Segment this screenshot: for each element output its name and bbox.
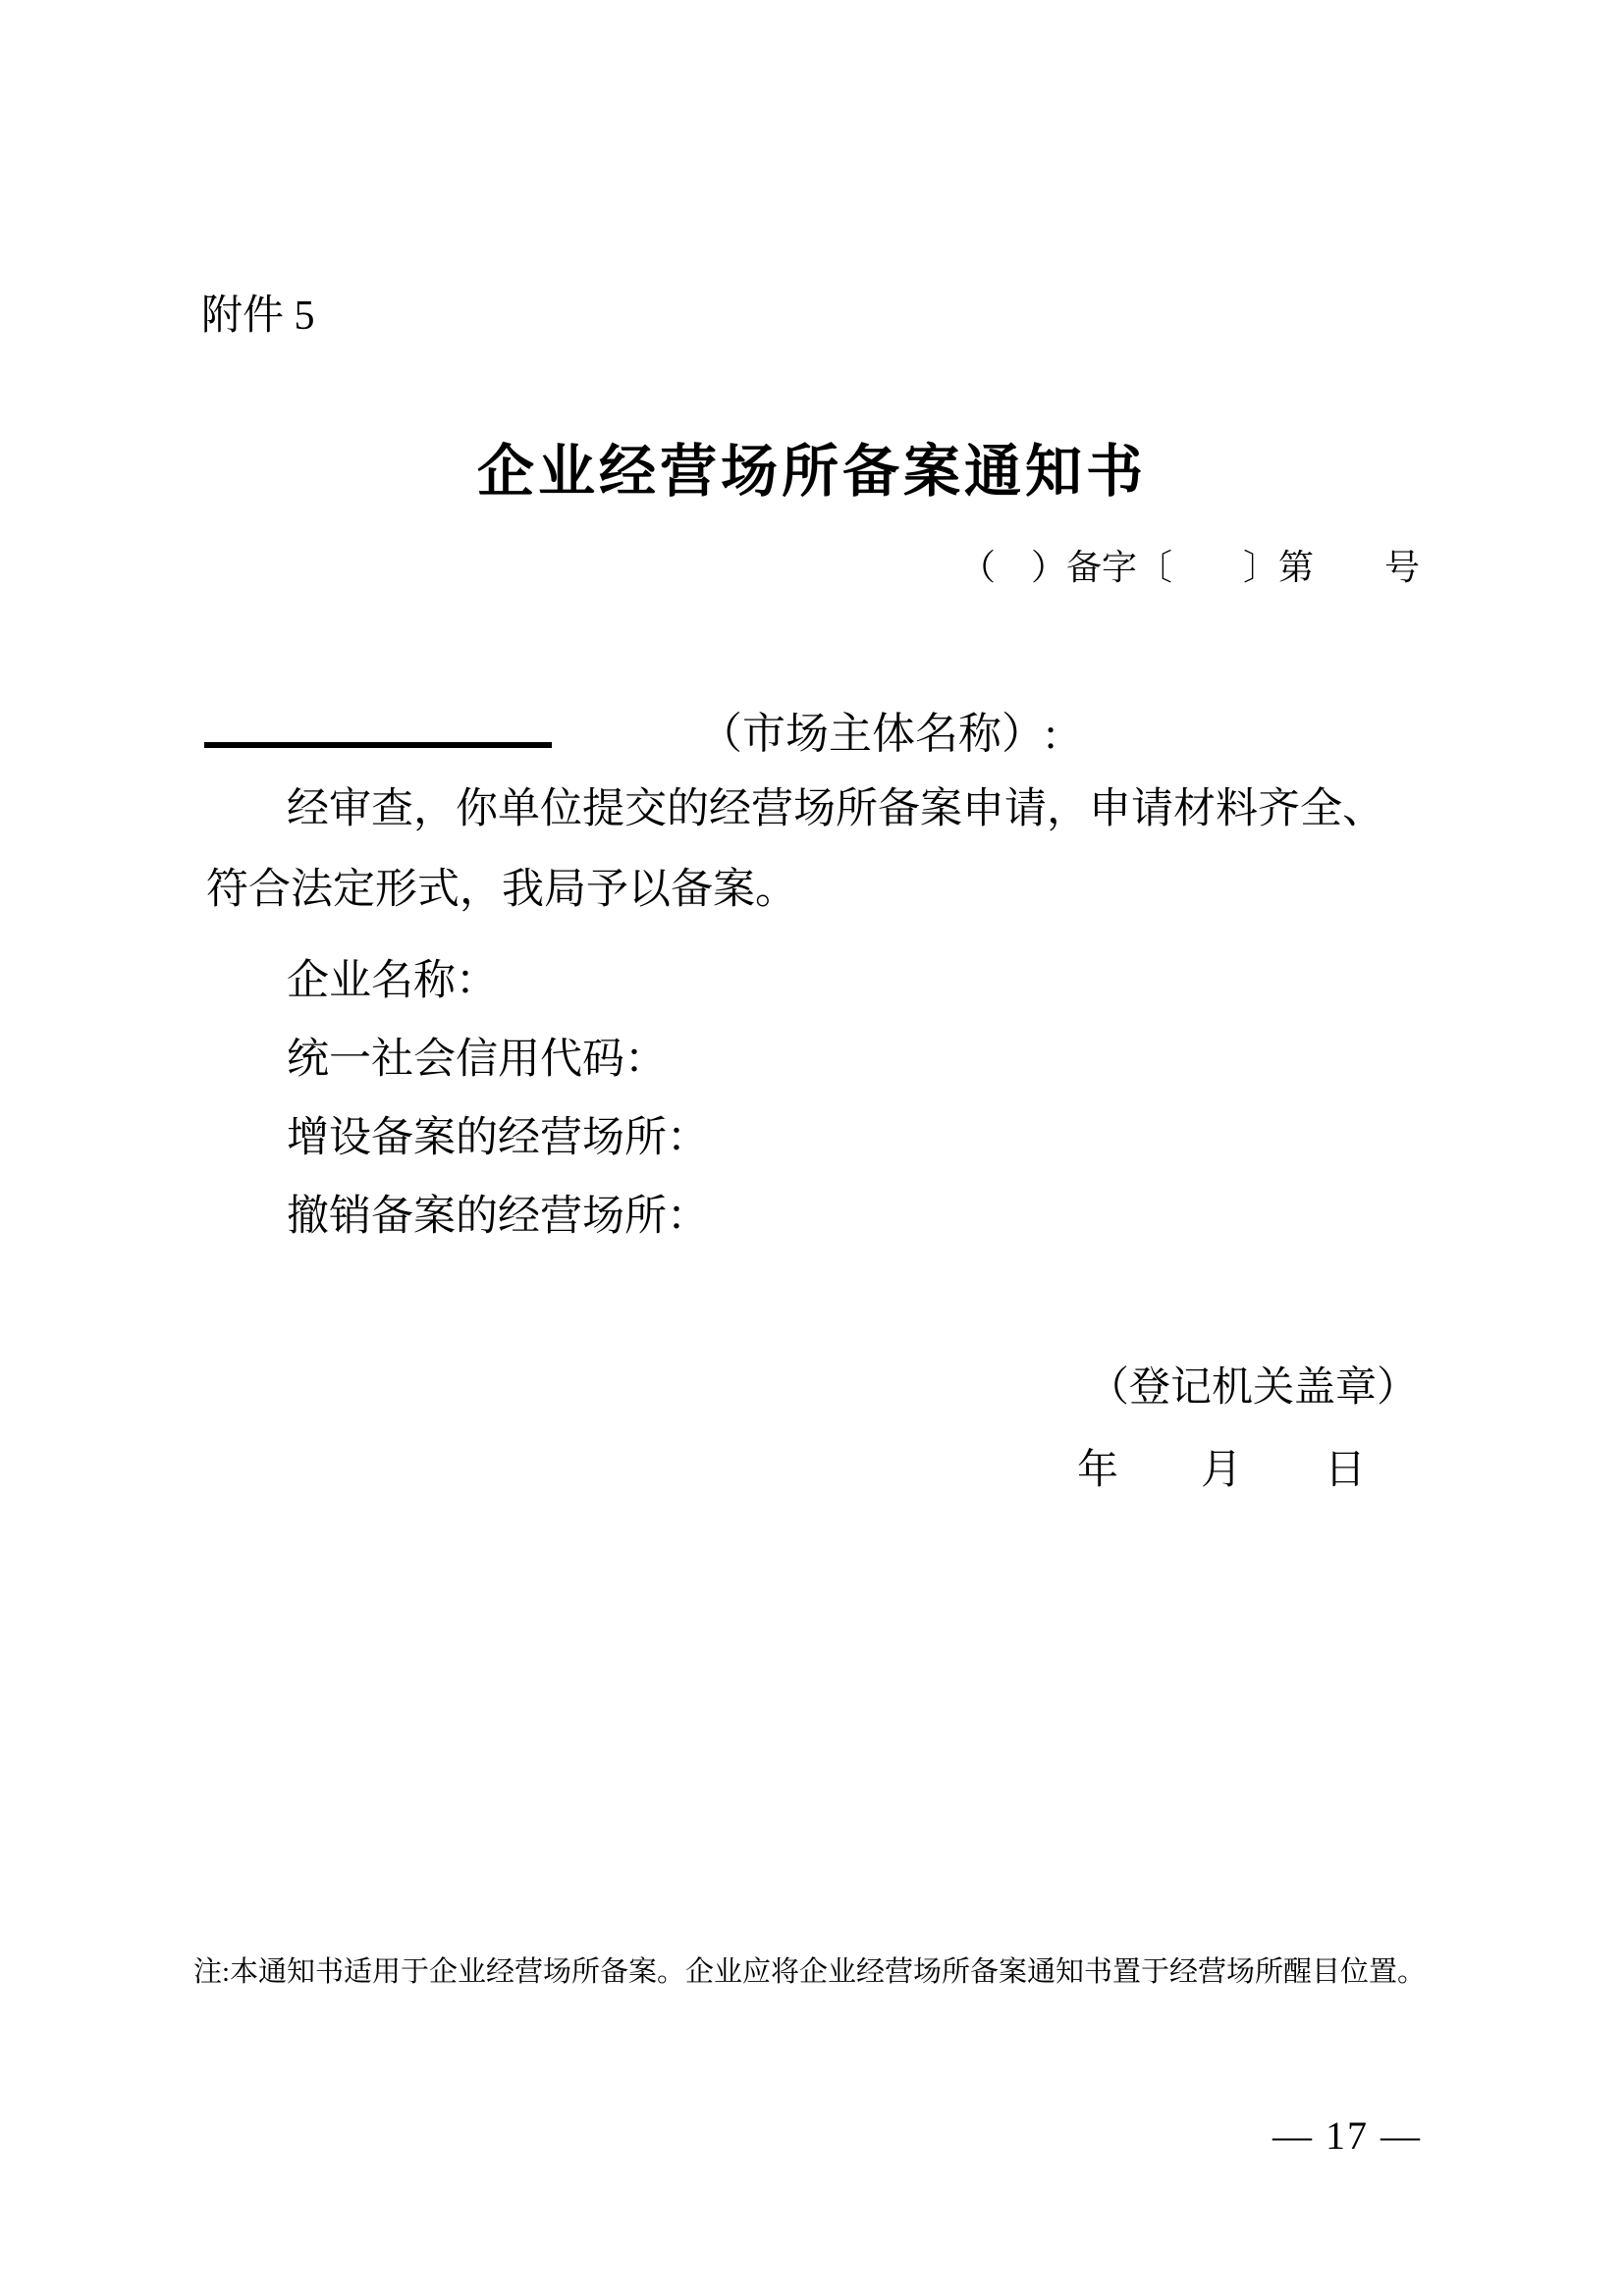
recipient-label: （市场主体名称）:	[699, 710, 1056, 758]
market-entity-name-blank	[204, 697, 552, 748]
doc-number-line: （ ）备字〔 〕第 号	[960, 544, 1420, 591]
date-line: 年 月 日	[1077, 1445, 1366, 1496]
page-number: — 17 —	[1272, 2112, 1422, 2160]
field-enterprise-name: 企业名称：	[287, 942, 709, 1021]
registration-authority-seal-line: （登记机关盖章）	[1088, 1362, 1418, 1414]
field-list: 企业名称： 统一社会信用代码： 增设备案的经营场所： 撤销备案的经营场所：	[287, 942, 709, 1256]
field-unified-social-credit-code: 统一社会信用代码：	[287, 1021, 709, 1099]
footnote: 注:本通知书适用于企业经营场所备案。企业应将企业经营场所备案通知书置于经营场所醒…	[193, 1953, 1426, 1991]
paragraph-line-2: 符合法定形式，我局予以备案。	[206, 850, 1463, 931]
recipient-line: （市场主体名称）:	[204, 697, 1056, 762]
doc-title: 企业经营场所备案通知书	[0, 436, 1624, 508]
body-paragraph: 经审查，你单位提交的经营场所备案申请，申请材料齐全、 符合法定形式，我局予以备案…	[206, 770, 1463, 931]
field-revoked-filed-premises: 撤销备案的经营场所：	[287, 1178, 709, 1256]
paragraph-line-1: 经审查，你单位提交的经营场所备案申请，申请材料齐全、	[206, 770, 1463, 850]
field-added-filed-premises: 增设备案的经营场所：	[287, 1099, 709, 1178]
document-page: 附件 5 企业经营场所备案通知书 （ ）备字〔 〕第 号 （市场主体名称）: 经…	[0, 0, 1624, 2296]
attachment-label: 附件 5	[201, 293, 315, 340]
